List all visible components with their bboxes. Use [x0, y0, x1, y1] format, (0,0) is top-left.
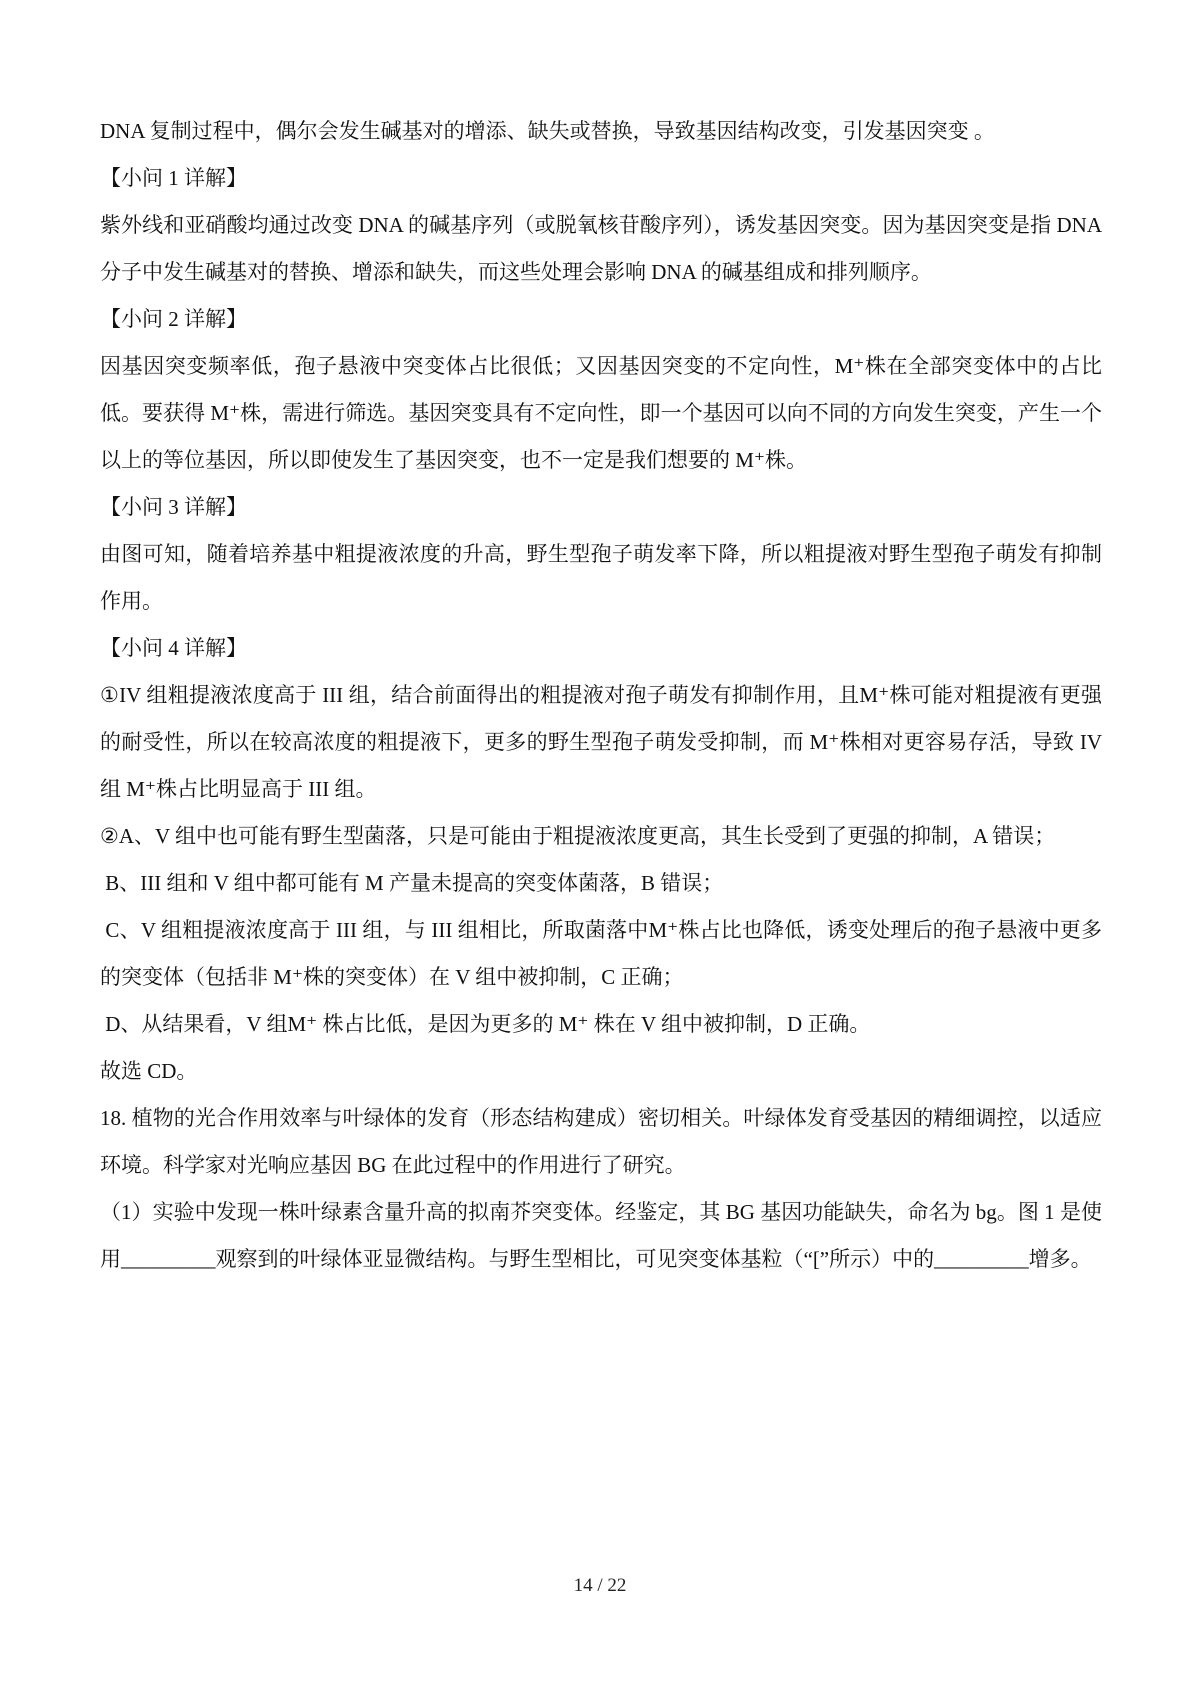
paragraph-answer-choice: 故选 CD。 [100, 1048, 1102, 1095]
paragraph-subq4-point1: ①IV 组粗提液浓度高于 III 组，结合前面得出的粗提液对孢子萌发有抑制作用，… [100, 672, 1102, 813]
paragraph-dna-replication: DNA 复制过程中，偶尔会发生碱基对的增添、缺失或替换，导致基因结构改变，引发基… [100, 108, 1102, 155]
paragraph-question-18: 18. 植物的光合作用效率与叶绿体的发育（形态结构建成）密切相关。叶绿体发育受基… [100, 1095, 1102, 1189]
paragraph-subq2-answer: 因基因突变频率低，孢子悬液中突变体占比很低；又因基因突变的不定向性，M⁺株在全部… [100, 343, 1102, 484]
paragraph-subq4-option-b: B、III 组和 V 组中都可能有 M 产量未提高的突变体菌落，B 错误； [100, 860, 1102, 907]
section-header-subq4: 【小问 4 详解】 [100, 625, 1102, 672]
page-number: 14 / 22 [0, 1572, 1200, 1600]
section-header-subq1: 【小问 1 详解】 [100, 155, 1102, 202]
paragraph-subq4-option-a: ②A、V 组中也可能有野生型菌落，只是可能由于粗提液浓度更高，其生长受到了更强的… [100, 813, 1102, 860]
paragraph-subq3-answer: 由图可知，随着培养基中粗提液浓度的升高，野生型孢子萌发率下降，所以粗提液对野生型… [100, 531, 1102, 625]
paragraph-question-18-part1: （1）实验中发现一株叶绿素含量升高的拟南芥突变体。经鉴定，其 BG 基因功能缺失… [100, 1189, 1102, 1283]
document-body: DNA 复制过程中，偶尔会发生碱基对的增添、缺失或替换，导致基因结构改变，引发基… [100, 108, 1102, 1283]
paragraph-subq1-answer: 紫外线和亚硝酸均通过改变 DNA 的碱基序列（或脱氧核苷酸序列），诱发基因突变。… [100, 202, 1102, 296]
paragraph-subq4-option-c: C、V 组粗提液浓度高于 III 组，与 III 组相比，所取菌落中M⁺株占比也… [100, 907, 1102, 1001]
paragraph-subq4-option-d: D、从结果看，V 组M⁺ 株占比低，是因为更多的 M⁺ 株在 V 组中被抑制，D… [100, 1001, 1102, 1048]
section-header-subq3: 【小问 3 详解】 [100, 484, 1102, 531]
document-page: DNA 复制过程中，偶尔会发生碱基对的增添、缺失或替换，导致基因结构改变，引发基… [0, 0, 1200, 1697]
section-header-subq2: 【小问 2 详解】 [100, 296, 1102, 343]
